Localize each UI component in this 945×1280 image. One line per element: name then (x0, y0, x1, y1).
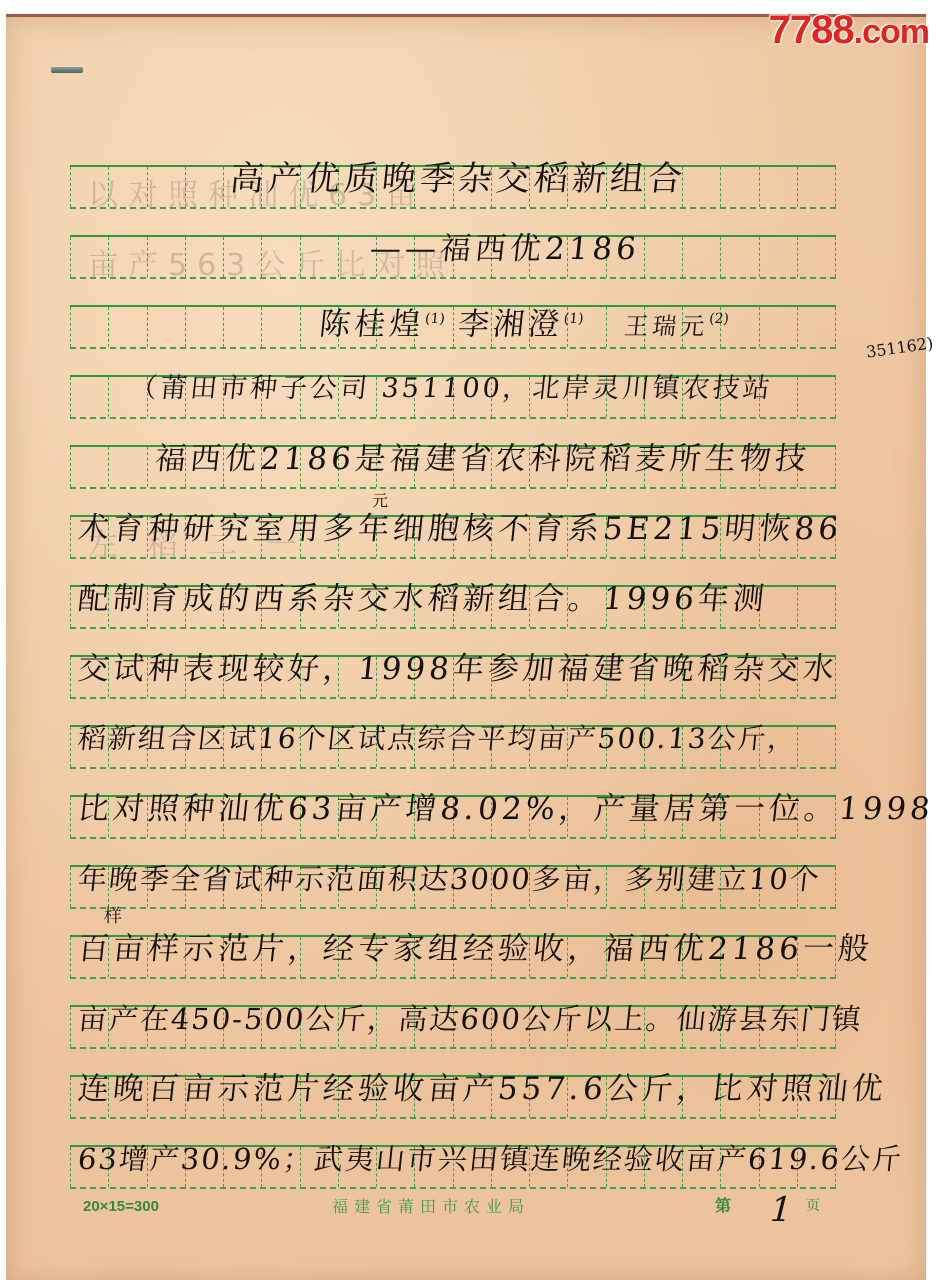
body-line-1: 福西优2186是福建省农科院稻麦所生物技 (152, 432, 945, 486)
body-line-5: 稻新组合区试16个区试点综合平均亩产500.13公斤， (75, 712, 881, 766)
author-2-mark: (1) (563, 311, 585, 327)
grid-cell (185, 167, 223, 207)
grid-cell (108, 307, 146, 347)
grid-cell (70, 447, 108, 487)
page-label-suffix: 页 (806, 1195, 820, 1215)
body-line-9: 亩产在450-500公斤，高达600公斤以上。仙游县东门镇 (75, 992, 881, 1046)
watermark-suffix: .com (854, 13, 929, 51)
page-label-prefix: 第 (715, 1193, 731, 1216)
grid-cell (108, 447, 146, 487)
grid-cell (70, 237, 108, 277)
watermark-number: 7788 (769, 8, 854, 52)
grid-cell (300, 237, 338, 277)
author-3-mark: (2) (708, 311, 730, 327)
grid-cell (223, 237, 261, 277)
grid-cell (147, 167, 185, 207)
grid-cell (223, 307, 261, 347)
insertion-mark: 元 (372, 488, 388, 511)
grid-cell (108, 237, 146, 277)
body-line-10: 连晚百亩示范片经验收亩产557.6公斤，比对照汕优 (75, 1062, 881, 1116)
author-1-mark: (1) (424, 311, 446, 327)
staple (51, 67, 83, 73)
grid-cell (147, 307, 185, 347)
body-line-8: 百亩样示范片，经专家组经验收，福西优2186一般 (75, 922, 881, 976)
grid-cell (185, 237, 223, 277)
grid-cell (108, 167, 146, 207)
grid-cell (70, 307, 108, 347)
grid-spec-label: 20×15=300 (83, 1198, 159, 1215)
grid-cell (261, 307, 299, 347)
document-subtitle: ——福西优2186 (367, 222, 945, 276)
body-line-11: 63增产30.9%；武夷山市兴田镇连晚经验收亩产619.6公斤 (75, 1132, 881, 1186)
site-watermark: 7788.com (769, 8, 929, 53)
body-line-6: 比对照种汕优63亩产增8.02%，产量居第一位。1998 (75, 782, 881, 836)
affiliation-line: （莆田市种子公司 351100，北岸灵川镇农技站 (127, 362, 933, 416)
author-1: 陈桂煌 (318, 306, 427, 342)
organization-label: 福建省莆田市农业局 (332, 1194, 530, 1217)
body-line-2: 术育种研究室用多年细胞核不育系5E215明恢86 (75, 502, 881, 556)
grid-cell (185, 307, 223, 347)
insertion-mark: 样 (104, 902, 122, 928)
body-line-3: 配制育成的西系杂交水稻新组合。1996年测 (75, 572, 881, 626)
grid-cell (261, 237, 299, 277)
grid-cell (70, 377, 108, 417)
author-line: 陈桂煌(1) 李湘澄(1) 王瑞元(2) (317, 292, 945, 346)
body-line-4: 交试种表现较好，1998年参加福建省晚稻杂交水 (75, 642, 881, 696)
document-title: 高产优质晚季杂交稻新组合 (227, 152, 945, 206)
grid-cell (70, 167, 108, 207)
body-line-7: 年晚季全省试种示范面积达3000多亩，多别建立10个 (75, 852, 881, 906)
author-2: 李湘澄 (456, 306, 565, 342)
author-3: 王瑞元 (623, 312, 710, 340)
grid-cell (147, 237, 185, 277)
